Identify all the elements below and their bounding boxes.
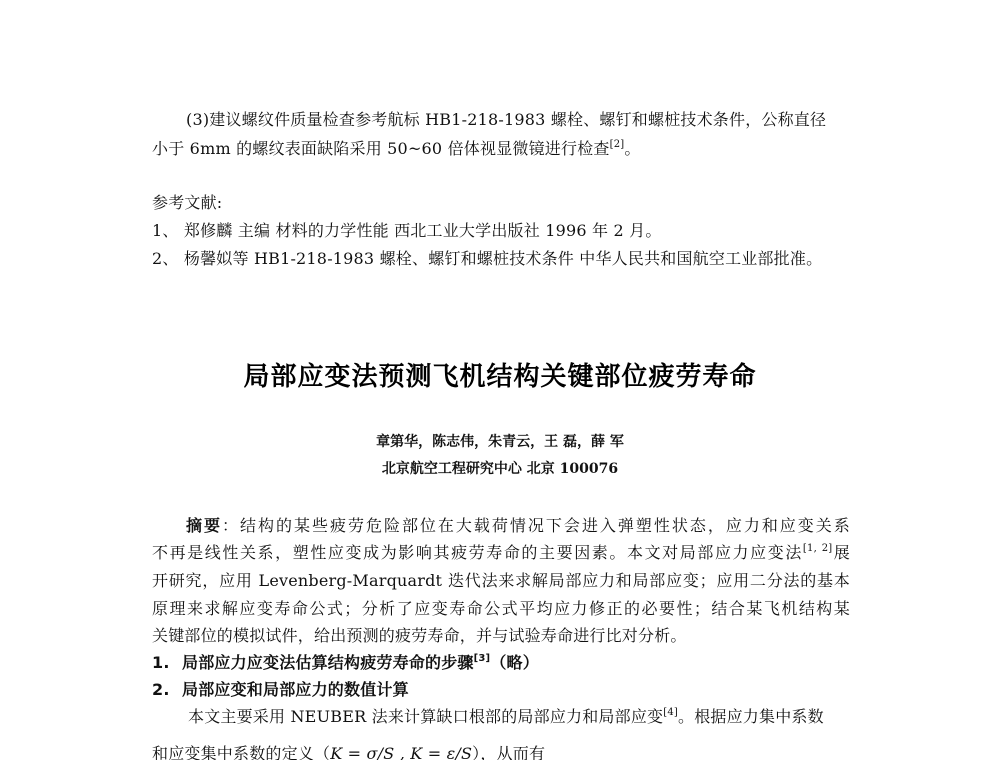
- article-authors: 章第华，陈志伟，朱青云，王 磊，薛 军: [0, 433, 1000, 451]
- punctuation: 。: [624, 139, 640, 158]
- abstract-text: ：结构的某些疲劳危险部位在大载荷情况下会进入弹塑性状态，应力和应变关系: [222, 516, 850, 535]
- item-3-text: (3)建议螺纹件质量检查参考航标 HB1-218-1983 螺栓、螺钉和螺桩技术…: [186, 110, 826, 129]
- document-page: (3)建议螺纹件质量检查参考航标 HB1-218-1983 螺栓、螺钉和螺桩技术…: [0, 0, 1000, 760]
- abstract-text: 原理来求解应变寿命公式；分析了应变寿命公式平均应力修正的必要性；结合某飞机结构某: [152, 599, 850, 618]
- reference-item-2: 2、 杨馨姒等 HB1-218-1983 螺栓、螺钉和螺桩技术条件 中华人民共和…: [152, 249, 862, 269]
- citation-ref: [1, 2]: [803, 543, 832, 554]
- section-suffix: （略）: [490, 653, 539, 672]
- abstract-line-2: 不再是线性关系，塑性应变成为影响其疲劳寿命的主要因素。本文对局部应力应变法[1,…: [152, 543, 850, 563]
- section-number: 2.: [152, 680, 182, 700]
- article-affiliation: 北京航空工程研究中心 北京 100076: [0, 460, 1000, 478]
- item-3-line-1: (3)建议螺纹件质量检查参考航标 HB1-218-1983 螺栓、螺钉和螺桩技术…: [152, 110, 850, 130]
- item-3-line-2: 小于 6mm 的螺纹表面缺陷采用 50~60 倍体视显微镜进行检查[2]。: [152, 139, 850, 159]
- abstract-text: 展: [832, 543, 850, 562]
- formula: K = σ/S , K = ε/S: [330, 744, 472, 760]
- section-1-heading: 1.局部应力应变法估算结构疲劳寿命的步骤[3]（略）: [152, 653, 850, 673]
- item-3-text-cont: 小于 6mm 的螺纹表面缺陷采用 50~60 倍体视显微镜进行检查: [152, 139, 610, 158]
- reference-text: 1、 郑修麟 主编 材料的力学性能 西北工业大学出版社 1996 年 2 月。: [152, 221, 662, 240]
- section-number: 1.: [152, 653, 182, 673]
- body-text: 和应变集中系数的定义（: [152, 744, 330, 760]
- citation-ref: [4]: [663, 707, 678, 718]
- citation-ref: [3]: [474, 653, 491, 664]
- body-line-2: 和应变集中系数的定义（K = σ/S , K = ε/S），从而有: [152, 744, 850, 760]
- body-text: ），从而有: [472, 744, 545, 760]
- references-heading: 参考文献:: [152, 193, 850, 213]
- abstract-line-1: 摘要：结构的某些疲劳危险部位在大载荷情况下会进入弹塑性状态，应力和应变关系: [152, 516, 850, 536]
- article-title: 局部应变法预测飞机结构关键部位疲劳寿命: [0, 360, 1000, 394]
- abstract-line-3: 开研究，应用 Levenberg-Marquardt 迭代法来求解局部应力和局部…: [152, 571, 850, 591]
- abstract-line-5: 关键部位的模拟试件，给出预测的疲劳寿命，并与试验寿命进行比对分析。: [152, 626, 850, 646]
- section-2-heading: 2.局部应变和局部应力的数值计算: [152, 680, 850, 700]
- citation-ref: [2]: [610, 139, 625, 150]
- reference-item-1: 1、 郑修麟 主编 材料的力学性能 西北工业大学出版社 1996 年 2 月。: [152, 221, 850, 241]
- abstract-text: 开研究，应用 Levenberg-Marquardt 迭代法来求解局部应力和局部…: [152, 571, 850, 590]
- body-text: 。根据应力集中系数: [678, 707, 824, 726]
- reference-text: 2、 杨馨姒等 HB1-218-1983 螺栓、螺钉和螺桩技术条件 中华人民共和…: [152, 249, 822, 268]
- abstract-text: 关键部位的模拟试件，给出预测的疲劳寿命，并与试验寿命进行比对分析。: [152, 626, 687, 645]
- body-text: 本文主要采用 NEUBER 法来计算缺口根部的局部应力和局部应变: [188, 707, 663, 726]
- section-title: 局部应变和局部应力的数值计算: [182, 680, 409, 699]
- section-title: 局部应力应变法估算结构疲劳寿命的步骤: [182, 653, 474, 672]
- abstract-label: 摘要: [186, 516, 222, 535]
- body-line-1: 本文主要采用 NEUBER 法来计算缺口根部的局部应力和局部应变[4]。根据应力…: [152, 707, 850, 727]
- abstract-line-4: 原理来求解应变寿命公式；分析了应变寿命公式平均应力修正的必要性；结合某飞机结构某: [152, 599, 850, 619]
- abstract-text: 不再是线性关系，塑性应变成为影响其疲劳寿命的主要因素。本文对局部应力应变法: [152, 543, 803, 562]
- references-heading-text: 参考文献:: [152, 193, 222, 212]
